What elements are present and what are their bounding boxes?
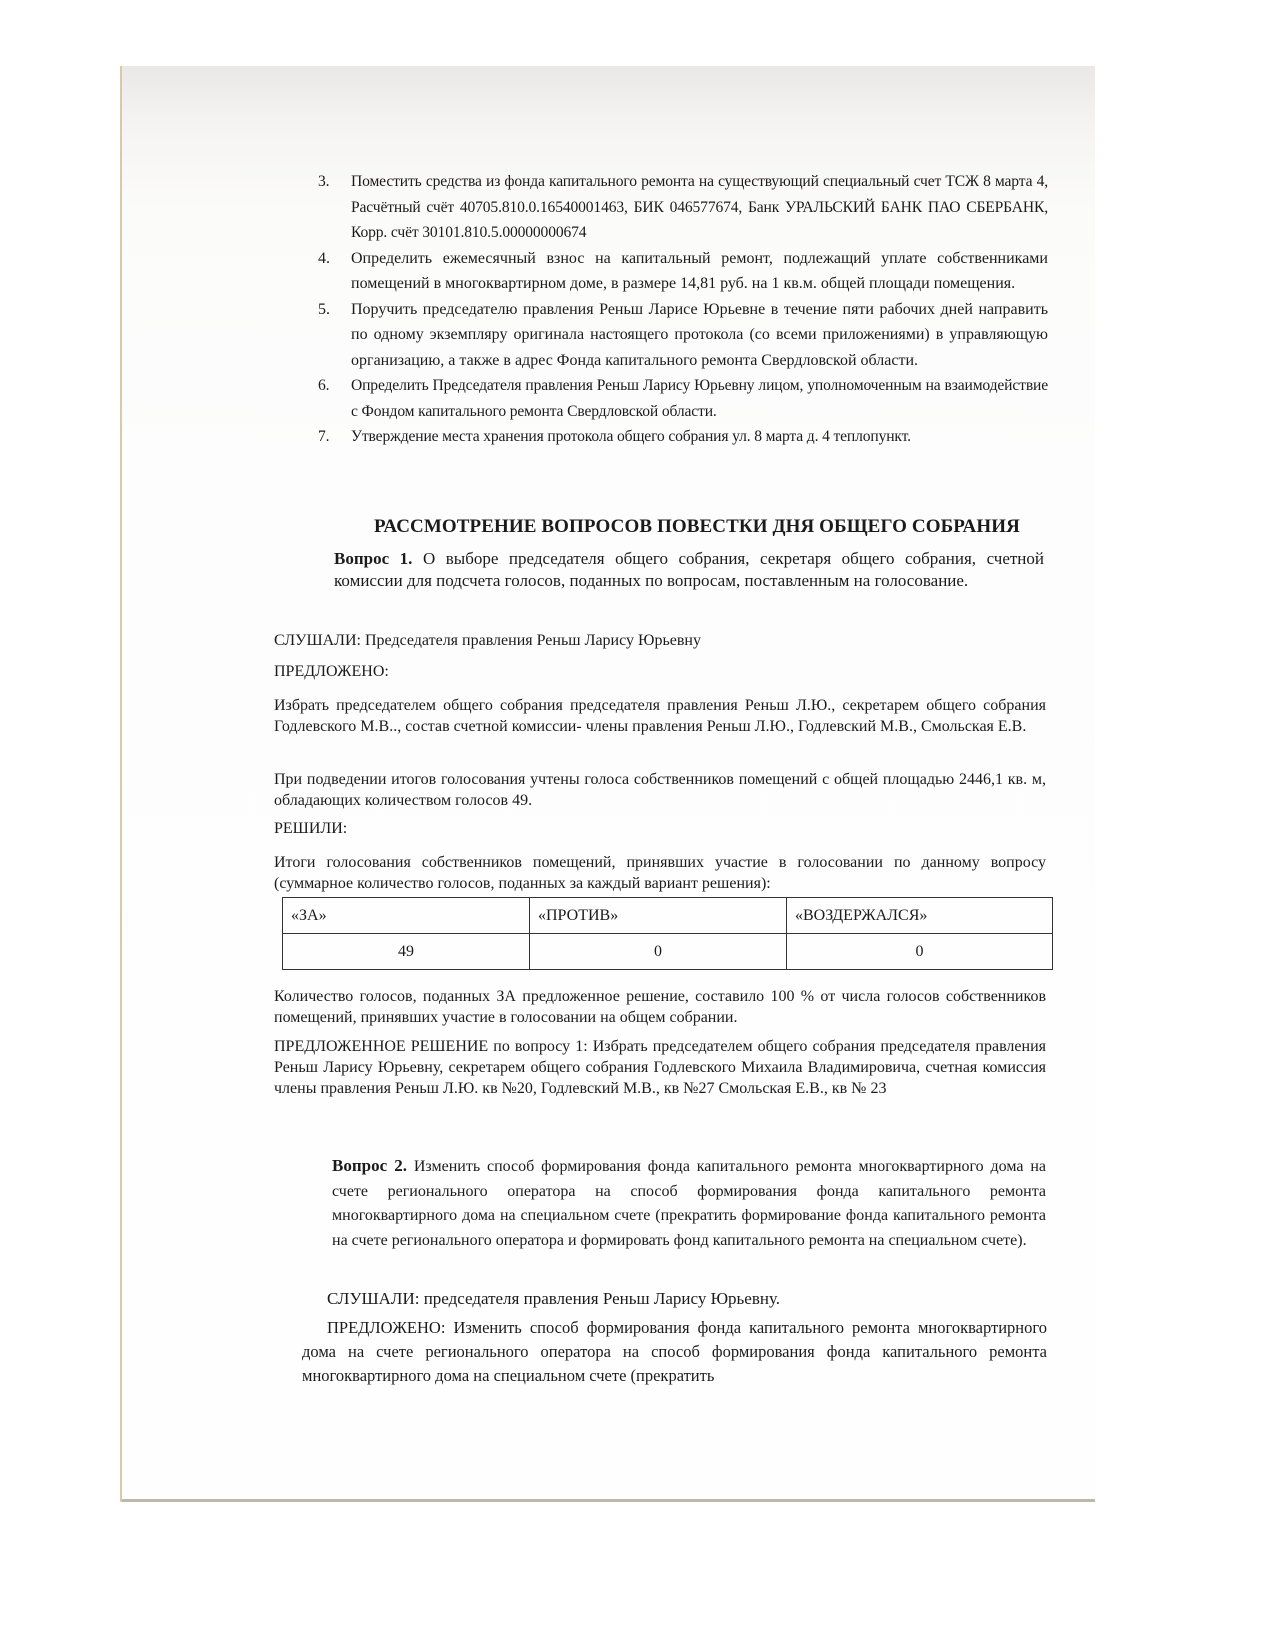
document-page: 3. Поместить средства из фонда капитальн… (120, 66, 1095, 1502)
q1-proposed-label: ПРЕДЛОЖЕНО: (274, 661, 1054, 682)
item-text: Поручить председателю правления Реньш Ла… (351, 301, 1048, 369)
value-for: 49 (283, 934, 530, 970)
header-for: «ЗА» (283, 898, 530, 934)
item-text: Определить ежемесячный взнос на капиталь… (351, 250, 1048, 293)
q1-heard: СЛУШАЛИ: Председателя правления Реньш Ла… (274, 630, 1054, 651)
value-against: 0 (530, 934, 787, 970)
agenda-item-6: 6. Определить Председателя правления Рен… (318, 373, 1048, 424)
agenda-item-3: 3. Поместить средства из фонда капитальн… (318, 169, 1048, 246)
value-abstain: 0 (787, 934, 1053, 970)
q1-decision: ПРЕДЛОЖЕННОЕ РЕШЕНИЕ по вопросу 1: Избра… (274, 1036, 1046, 1099)
question-2-text: Изменить способ формирования фонда капит… (332, 1158, 1046, 1249)
agenda-item-4: 4. Определить ежемесячный взнос на капит… (318, 246, 1048, 297)
q2-proposed: ПРЕДЛОЖЕНО: Изменить способ формирования… (302, 1316, 1047, 1388)
item-number: 5. (318, 297, 330, 323)
question-1-label: Вопрос 1. (334, 549, 412, 568)
section-heading: РАССМОТРЕНИЕ ВОПРОСОВ ПОВЕСТКИ ДНЯ ОБЩЕГ… (342, 516, 1052, 538)
q1-proposed-text: Избрать председателем общего собрания пр… (274, 695, 1046, 737)
vote-results-table: «ЗА» «ПРОТИВ» «ВОЗДЕРЖАЛСЯ» 49 0 0 (282, 897, 1053, 970)
agenda-item-5: 5. Поручить председателю правления Реньш… (318, 297, 1048, 374)
q1-decided-label: РЕШИЛИ: (274, 818, 1054, 839)
q1-tally-note: При подведении итогов голосования учтены… (274, 769, 1046, 811)
table-header-row: «ЗА» «ПРОТИВ» «ВОЗДЕРЖАЛСЯ» (283, 898, 1053, 934)
agenda-item-7: 7. Утверждение места хранения протокола … (318, 424, 1048, 450)
item-text: Поместить средства из фонда капитального… (351, 173, 1048, 241)
table-row: 49 0 0 (283, 934, 1053, 970)
item-text: Определить Председателя правления Реньш … (351, 377, 1048, 420)
header-against: «ПРОТИВ» (530, 898, 787, 934)
question-2: Вопрос 2. Изменить способ формирования ф… (332, 1154, 1046, 1253)
item-number: 3. (318, 169, 329, 195)
header-abstain: «ВОЗДЕРЖАЛСЯ» (787, 898, 1053, 934)
question-1: Вопрос 1. О выборе председателя общего с… (334, 548, 1044, 591)
item-number: 6. (318, 373, 329, 399)
item-number: 4. (318, 246, 330, 272)
item-number: 7. (318, 424, 329, 450)
question-2-label: Вопрос 2. (332, 1156, 407, 1175)
item-text: Утверждение места хранения протокола общ… (351, 428, 911, 445)
agenda-list: 3. Поместить средства из фонда капитальн… (318, 169, 1048, 450)
q1-percent-note: Количество голосов, поданных ЗА предложе… (274, 986, 1046, 1028)
q1-results-intro: Итоги голосования собственников помещени… (274, 852, 1046, 894)
question-1-text: О выборе председателя общего собрания, с… (334, 549, 1044, 590)
q2-heard: СЛУШАЛИ: председателя правления Реньш Ла… (327, 1288, 1047, 1309)
